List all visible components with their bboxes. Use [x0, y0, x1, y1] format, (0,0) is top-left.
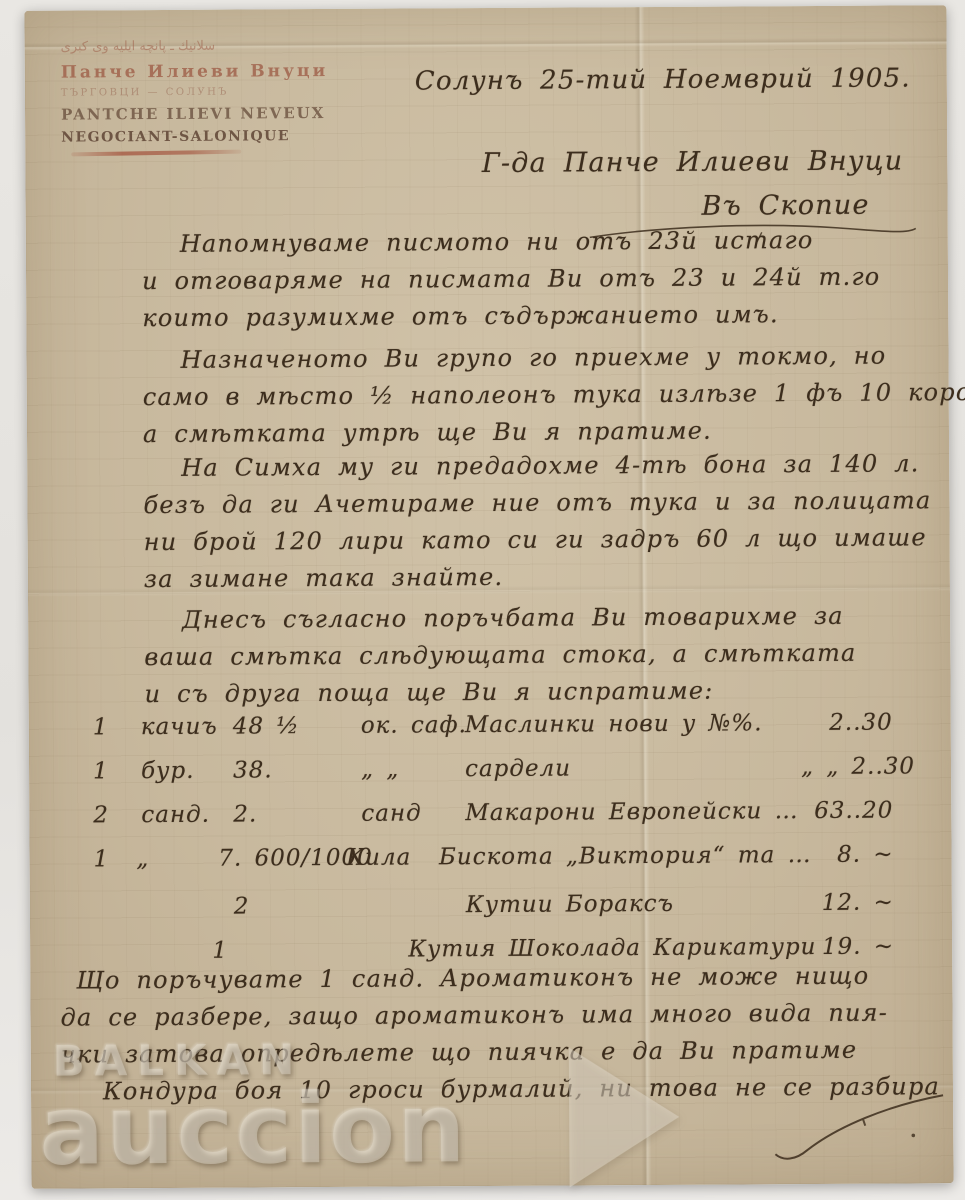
item-measure: ок. саф. [361, 712, 465, 739]
paragraph-1: Напомнуваме писмото ни отъ 23й истаго и … [142, 226, 881, 342]
letterhead-red-underline [71, 150, 241, 157]
paragraph-2: Назначеното Ви групо го приехме у токмо,… [142, 341, 965, 457]
text-line: и отговаряме на писмата Ви отъ 23 и 24й … [142, 263, 881, 305]
item-price: 63..20 [801, 798, 893, 825]
text-line: чки затова опредѣлете що пиячка е да Ви … [61, 1035, 940, 1077]
goods-list: 1 качиъ 48 ½ ок. саф. Маслинки нови у №%… [93, 710, 895, 983]
goods-row: 1 бур. 38. „ „ сардели „ „ 2..30 [93, 754, 893, 803]
item-description: сардели [465, 754, 801, 782]
letterhead-cyrillic-subtitle: ТЪРГОВЦИ — СОЛУНЪ [61, 85, 351, 101]
letter-paper: سلانيك ـ پانچه ايليه وى كبرى Панче Илиев… [24, 5, 953, 1189]
item-price: 19. ~ [816, 934, 894, 960]
item-price: „ „ 2..30 [801, 754, 893, 781]
item-price: 8. ~ [812, 842, 894, 869]
item-measure: „ „ [361, 756, 465, 783]
letterhead-latin-name: PANTCHE ILIEVI NEVEUX [61, 103, 351, 127]
item-measure [362, 892, 466, 893]
paragraph-3: На Симха му ги предадохме 4-тѣ бона за 1… [143, 449, 932, 602]
item-unit: „ [136, 846, 218, 873]
text-line: да се разбере, защо ароматиконъ има мног… [60, 998, 939, 1040]
item-measure: санд [361, 800, 465, 827]
goods-row: 2 санд. 2. санд Макарони Европейски … 63… [93, 798, 893, 847]
letterhead-latin-subtitle: NEGOCIANT-SALONIQUE [61, 126, 351, 148]
item-measure: Кила [346, 844, 439, 871]
paragraph-4: Днесъ съгласно поръчбата Ви товарихме за… [144, 602, 857, 717]
item-qty: 1 [93, 758, 141, 784]
item-amount: 2. [233, 801, 361, 828]
item-description: Кутия Шоколада Карикатури [408, 934, 816, 962]
item-qty: 1 [93, 714, 141, 740]
text-line: за зимане така знайте. [144, 560, 932, 602]
item-description: Макарони Европейски … [465, 798, 801, 826]
signature-flourish-icon [767, 1091, 952, 1168]
goods-row: 1 „ 7. 600/1000 Кила Бискота „Виктория“ … [94, 842, 894, 895]
item-amount: 2 [234, 893, 362, 920]
letterhead-arabic-line: سلانيك ـ پانچه ايليه وى كبرى [61, 37, 351, 58]
date-line: Солунъ 25-тий Ноемврий 1905. [415, 63, 911, 96]
item-unit: санд. [141, 802, 233, 829]
addressee-line: Г-да Панче Илиеви Внуци [482, 145, 904, 179]
item-amount: 7. 600/1000 [218, 845, 346, 872]
item-description: Бискота „Виктория“ та … [439, 842, 812, 870]
text-line: Назначеното Ви групо го приехме у токмо,… [142, 341, 965, 383]
item-description: Кутии Бораксъ [466, 890, 802, 918]
text-line: ваша смѣтка слѣдующата стока, а смѣтката [144, 639, 856, 680]
item-description: Маслинки нови у №%. [465, 710, 801, 738]
item-unit: качиъ [141, 714, 233, 741]
text-line: Напомнуваме писмото ни отъ 23й истаго [142, 226, 881, 268]
item-price: 12. ~ [802, 890, 894, 917]
item-price: 2..30 [801, 710, 893, 737]
text-line: ни брой 120 лири като си ги задръ 60 л щ… [144, 523, 932, 565]
text-line: които разумихме отъ съдържанието имъ. [142, 300, 881, 342]
goods-row: 1 качиъ 48 ½ ок. саф. Маслинки нови у №%… [93, 710, 893, 759]
text-line: само в мѣсто ½ наполеонъ тука излѣзе 1 ф… [143, 378, 965, 420]
letterhead-cyrillic-name: Панче Илиеви Внуци [61, 59, 351, 85]
text-line: Днесъ съгласно поръчбата Ви товарихме за [144, 602, 856, 643]
item-measure [320, 936, 408, 937]
item-qty: 2 [93, 802, 141, 828]
letterhead-stamp: سلانيك ـ پانچه ايليه وى كبرى Панче Илиев… [61, 37, 352, 156]
addressee-city: Въ Скопие [702, 190, 870, 222]
item-qty: 1 [94, 846, 137, 872]
item-amount: 48 ½ [233, 713, 361, 740]
text-line: Що поръчувате 1 санд. Ароматиконъ не мож… [60, 961, 939, 1003]
text-line: На Симха му ги предадохме 4-тѣ бона за 1… [143, 449, 931, 491]
item-unit: бур. [141, 758, 233, 785]
item-amount: 38. [233, 757, 361, 784]
watermark-play-icon [569, 1047, 680, 1188]
goods-row: 2 Кутии Бораксъ 12. ~ [94, 890, 894, 939]
photo-background: سلانيك ـ پانچه ايليه وى كبرى Панче Илиев… [0, 0, 965, 1200]
item-unit [142, 894, 234, 895]
text-line: безъ да ги Ачетираме ние отъ тука и за п… [143, 486, 931, 528]
item-amount: 1 [212, 937, 320, 964]
